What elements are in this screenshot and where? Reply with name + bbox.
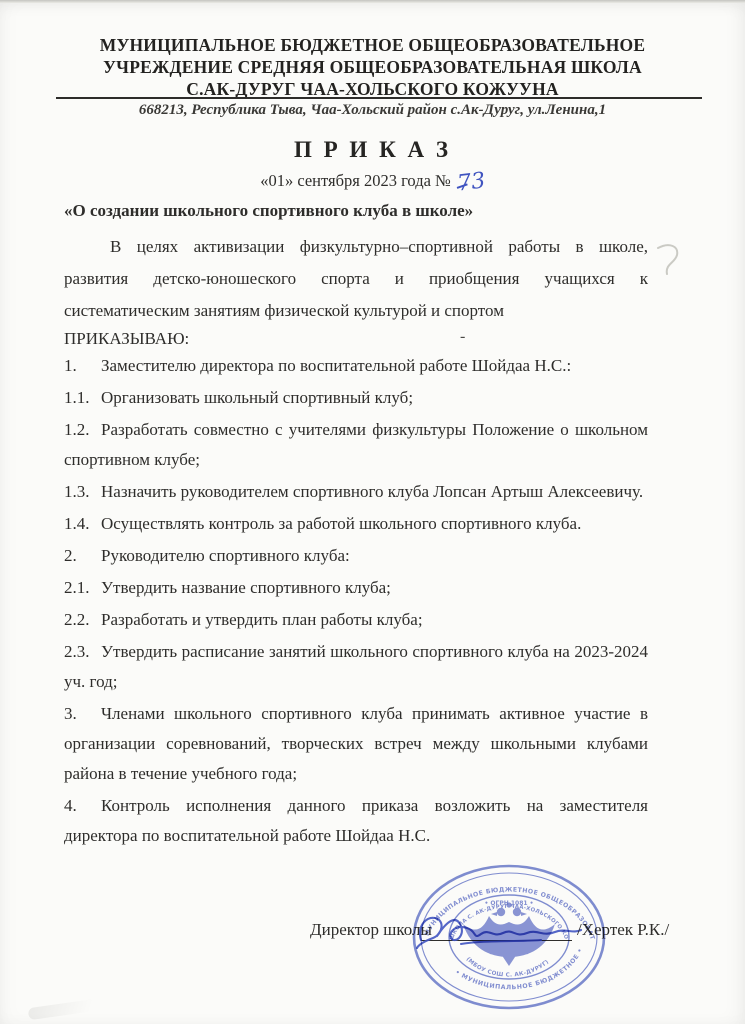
item-number: 1. (64, 351, 101, 381)
item-number: 3. (64, 699, 101, 729)
order-subject: «О создании школьного спортивного клуба … (64, 201, 664, 221)
order-item: 4.Контроль исполнения данного приказа во… (64, 791, 648, 851)
item-text: Членами школьного спортивного клуба прин… (64, 704, 648, 783)
official-round-stamp: МУНИЦИПАЛЬНОЕ БЮДЖЕТНОЕ ОБЩЕОБРАЗОВАТЕЛЬ… (407, 860, 611, 1014)
item-number: 2.1. (64, 573, 101, 603)
order-date-line: «01» сентября 2023 года №73 (0, 171, 745, 191)
item-number: 4. (64, 791, 101, 821)
order-item: 2.2.Разработать и утвердить план работы … (64, 605, 648, 635)
order-item: 1.3.Назначить руководителем спортивного … (64, 477, 648, 507)
resolve-word: ПРИКАЗЫВАЮ: (64, 329, 189, 349)
item-text: Организовать школьный спортивный клуб; (101, 388, 413, 407)
order-item: 2.3.Утвердить расписание занятий школьно… (64, 637, 648, 697)
item-number: 2.2. (64, 605, 101, 635)
scan-curl-artifact (655, 240, 685, 282)
header-divider (56, 97, 702, 99)
org-name-line1: МУНИЦИПАЛЬНОЕ БЮДЖЕТНОЕ ОБЩЕОБРАЗОВАТЕЛЬ… (0, 34, 745, 56)
item-text: Разработать и утвердить план работы клуб… (101, 610, 423, 629)
item-text: Контроль исполнения данного приказа возл… (64, 796, 648, 845)
scanned-order-document: { "doc": { "header": { "line1": "МУНИЦИП… (0, 0, 745, 1024)
order-date-prefix: «01» сентября 2023 года № (260, 171, 451, 190)
item-number: 1.4. (64, 509, 101, 539)
order-number-handwritten: 73 (456, 172, 486, 193)
org-address: 668213, Республика Тыва, Чаа-Хольский ра… (0, 102, 745, 119)
item-text: Утвердить расписание занятий школьного с… (64, 642, 648, 691)
item-number: 2.3. (64, 637, 101, 667)
item-text: Руководителю спортивного клуба: (101, 546, 350, 565)
scan-smear-artifact (28, 996, 119, 1020)
order-item: 1.4.Осуществлять контроль за работой шко… (64, 509, 648, 539)
order-item: 1.2.Разработать совместно с учителями фи… (64, 415, 648, 475)
scan-edge-line (0, 0, 745, 3)
order-item: 1.1.Организовать школьный спортивный клу… (64, 383, 648, 413)
item-number: 1.2. (64, 415, 101, 445)
intro-paragraph: В целях активизации физкультурно–спортив… (64, 231, 648, 327)
item-text: Заместителю директора по воспитательной … (101, 356, 571, 375)
order-item: 2.1.Утвердить название спортивного клуба… (64, 573, 648, 603)
item-text: Назначить руководителем спортивного клуб… (101, 482, 643, 501)
org-name: МУНИЦИПАЛЬНОЕ БЮДЖЕТНОЕ ОБЩЕОБРАЗОВАТЕЛЬ… (0, 34, 745, 100)
order-item: 3.Членами школьного спортивного клуба пр… (64, 699, 648, 789)
order-item: 2.Руководителю спортивного клуба: (64, 541, 648, 571)
item-text: Утвердить название спортивного клуба; (101, 578, 391, 597)
signature-row: Директор школы /Хертек Р.К./ (0, 916, 745, 956)
order-title: П Р И К А З (0, 137, 745, 163)
item-number: 1.1. (64, 383, 101, 413)
order-items: 1.Заместителю директора по воспитательно… (64, 351, 648, 853)
org-name-line2: УЧРЕЖДЕНИЕ СРЕДНЯЯ ОБЩЕОБРАЗОВАТЕЛЬНАЯ Ш… (0, 56, 745, 78)
stray-dash-mark: - (460, 328, 465, 346)
item-text: Разработать совместно с учителями физкул… (64, 420, 648, 469)
item-number: 1.3. (64, 477, 101, 507)
item-text: Осуществлять контроль за работой школьно… (101, 514, 581, 533)
item-number: 2. (64, 541, 101, 571)
order-item: 1.Заместителю директора по воспитательно… (64, 351, 648, 381)
